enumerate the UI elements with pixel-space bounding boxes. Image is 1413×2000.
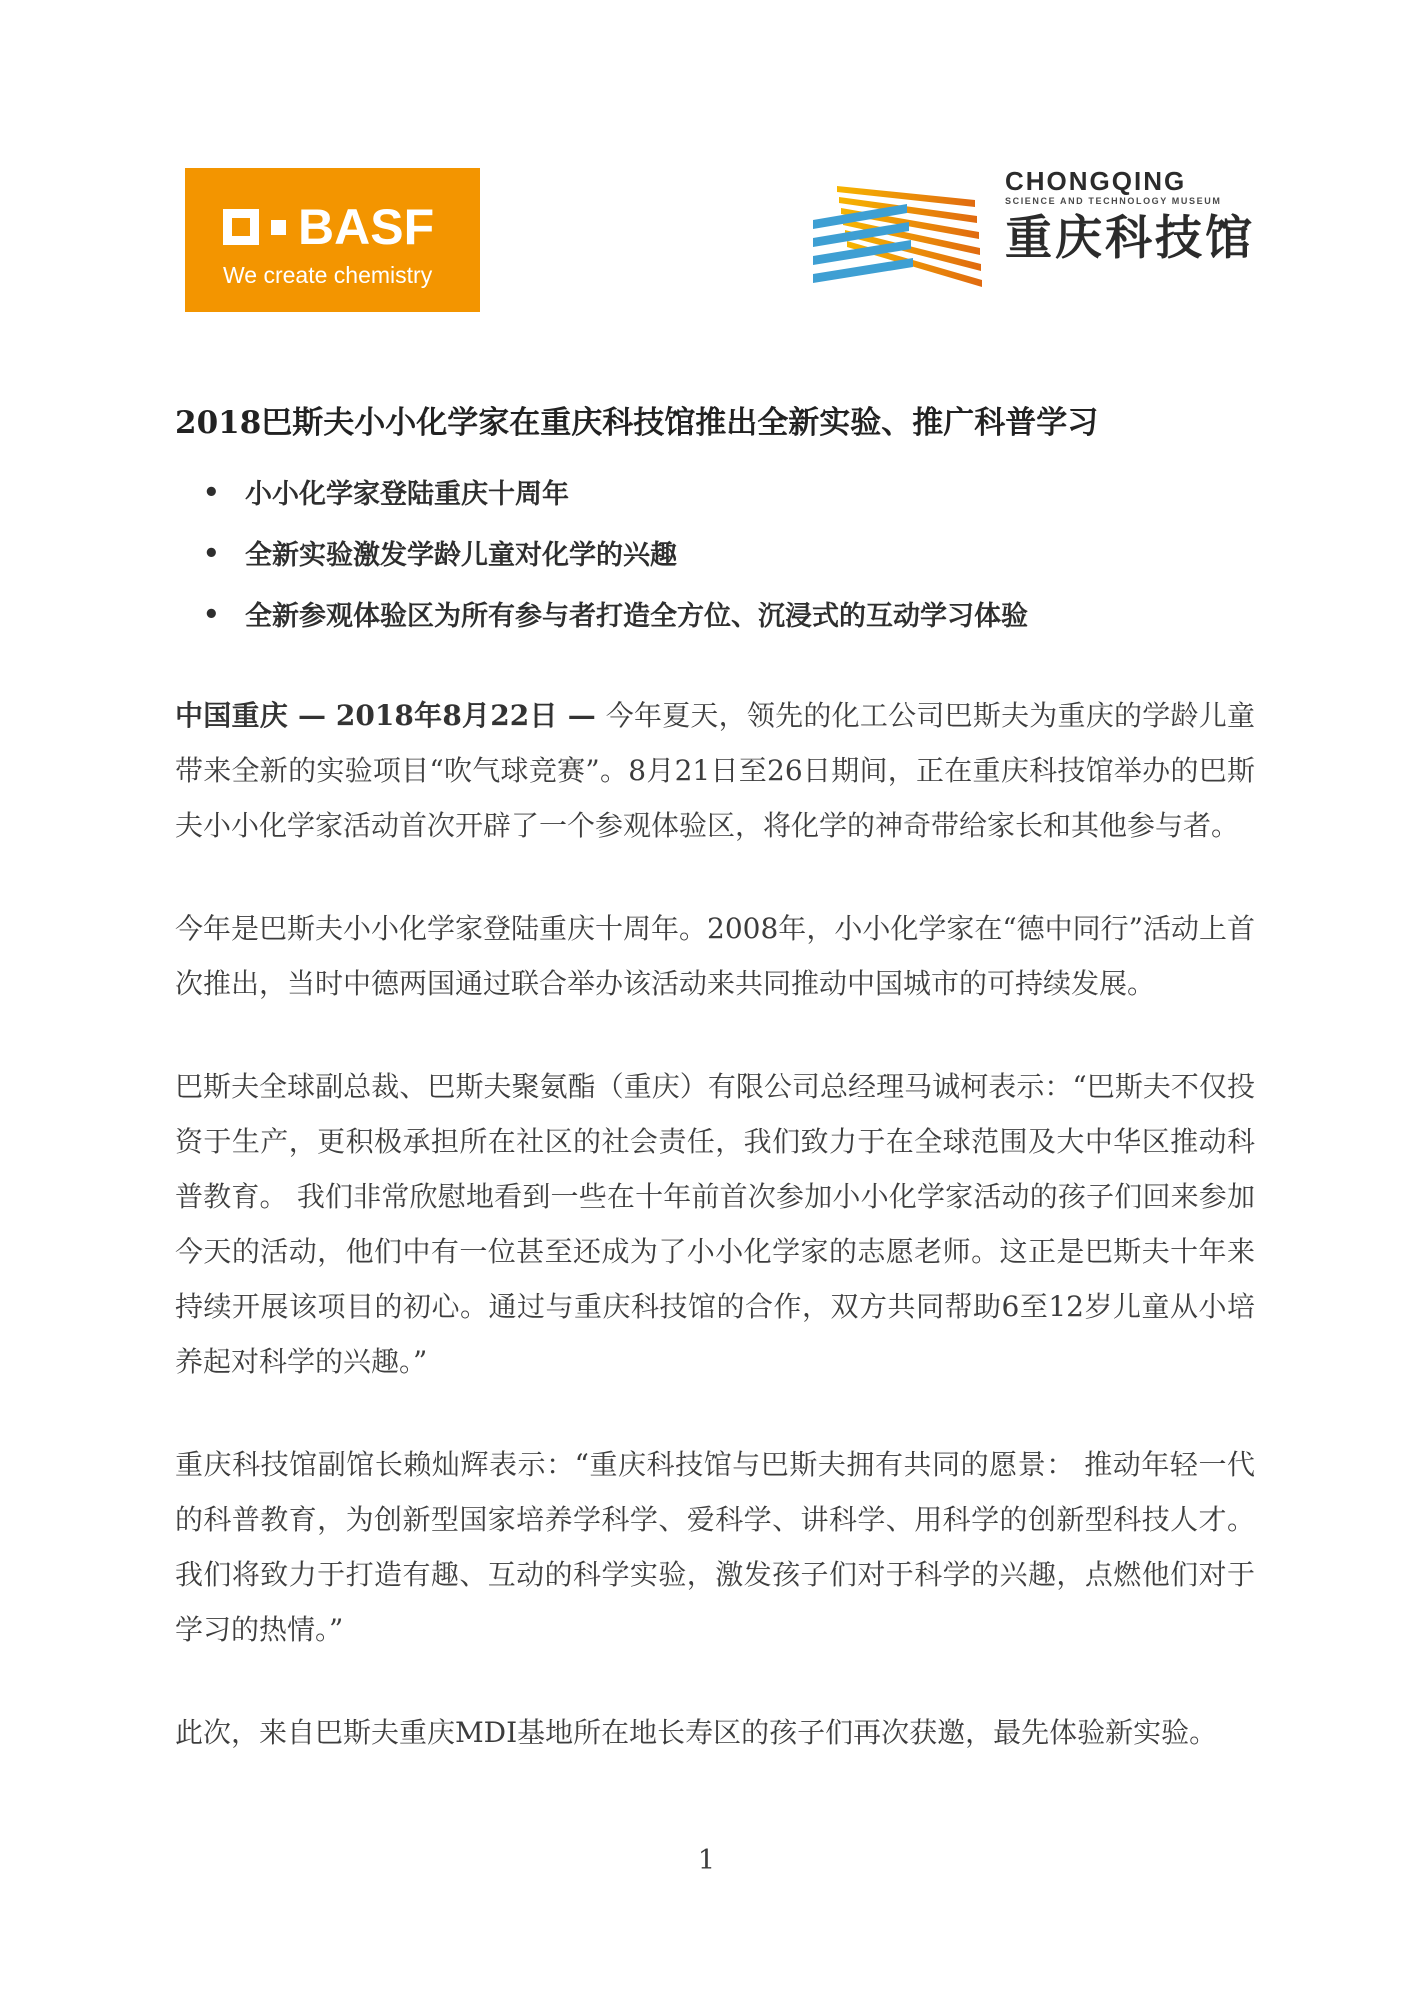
paragraph-basf-quote: 巴斯夫全球副总裁、巴斯夫聚氨酯（重庆）有限公司总经理马诚柯表示：“巴斯夫不仅投资…	[175, 1059, 1255, 1389]
basf-tagline: We create chemistry	[223, 262, 480, 289]
list-item: • 小小化学家登陆重庆十周年	[175, 480, 1255, 510]
paragraph-closing: 此次，来自巴斯夫重庆MDI基地所在地长寿区的孩子们再次获邀，最先体验新实验。	[175, 1705, 1255, 1760]
paragraph-text: 此次，来自巴斯夫重庆MDI基地所在地长寿区的孩子们再次获邀，最先体验新实验。	[175, 1716, 1217, 1749]
paragraph-text: 重庆科技馆副馆长赖灿辉表示：“重庆科技馆与巴斯夫拥有共同的愿景： 推动年轻一代的…	[175, 1448, 1255, 1646]
bullet-icon: •	[203, 478, 220, 508]
bullet-text: 全新参观体验区为所有参与者打造全方位、沉浸式的互动学习体验	[245, 601, 1028, 632]
bullet-icon: •	[203, 539, 220, 569]
page-title: 2018巴斯夫小小化学家在重庆科技馆推出全新实验、推广科普学习	[175, 400, 1255, 446]
museum-name-en: CHONGQING	[1005, 168, 1255, 194]
header-logos: BASF We create chemistry	[185, 168, 1255, 312]
page-number: 1	[0, 1845, 1413, 1876]
museum-logo-text: CHONGQING SCIENCE AND TECHNOLOGY MUSEUM …	[1005, 168, 1255, 263]
basf-brand-text: BASF	[298, 204, 434, 250]
museum-building-stripes-icon	[807, 178, 987, 290]
museum-name-zh: 重庆科技馆	[1005, 213, 1255, 263]
bullet-icon: •	[203, 600, 220, 630]
museum-logo: CHONGQING SCIENCE AND TECHNOLOGY MUSEUM …	[807, 168, 1255, 290]
highlights-list: • 小小化学家登陆重庆十周年 • 全新实验激发学龄儿童对化学的兴趣 • 全新参观…	[175, 480, 1255, 632]
paragraph-anniversary: 今年是巴斯夫小小化学家登陆重庆十周年。2008年，小小化学家在“德中同行”活动上…	[175, 901, 1255, 1011]
list-item: • 全新实验激发学龄儿童对化学的兴趣	[175, 541, 1255, 571]
basf-mark: BASF	[223, 204, 480, 250]
dateline: 中国重庆 — 2018年8月22日 —	[175, 699, 606, 732]
basf-logo: BASF We create chemistry	[185, 168, 480, 312]
document-page: BASF We create chemistry	[0, 0, 1413, 2000]
museum-subtitle-en: SCIENCE AND TECHNOLOGY MUSEUM	[1005, 196, 1255, 206]
paragraph-text: 今年是巴斯夫小小化学家登陆重庆十周年。2008年，小小化学家在“德中同行”活动上…	[175, 912, 1255, 1000]
basf-dot-icon	[271, 220, 286, 235]
bullet-text: 小小化学家登陆重庆十周年	[245, 479, 569, 510]
paragraph-museum-quote: 重庆科技馆副馆长赖灿辉表示：“重庆科技馆与巴斯夫拥有共同的愿景： 推动年轻一代的…	[175, 1437, 1255, 1657]
paragraph-text: 巴斯夫全球副总裁、巴斯夫聚氨酯（重庆）有限公司总经理马诚柯表示：“巴斯夫不仅投资…	[175, 1070, 1255, 1378]
document-body: 2018巴斯夫小小化学家在重庆科技馆推出全新实验、推广科普学习 • 小小化学家登…	[175, 400, 1255, 1808]
bullet-text: 全新实验激发学龄儿童对化学的兴趣	[245, 540, 677, 571]
list-item: • 全新参观体验区为所有参与者打造全方位、沉浸式的互动学习体验	[175, 602, 1255, 632]
paragraph-intro: 中国重庆 — 2018年8月22日 — 今年夏天，领先的化工公司巴斯夫为重庆的学…	[175, 688, 1255, 853]
basf-square-icon	[223, 209, 259, 245]
